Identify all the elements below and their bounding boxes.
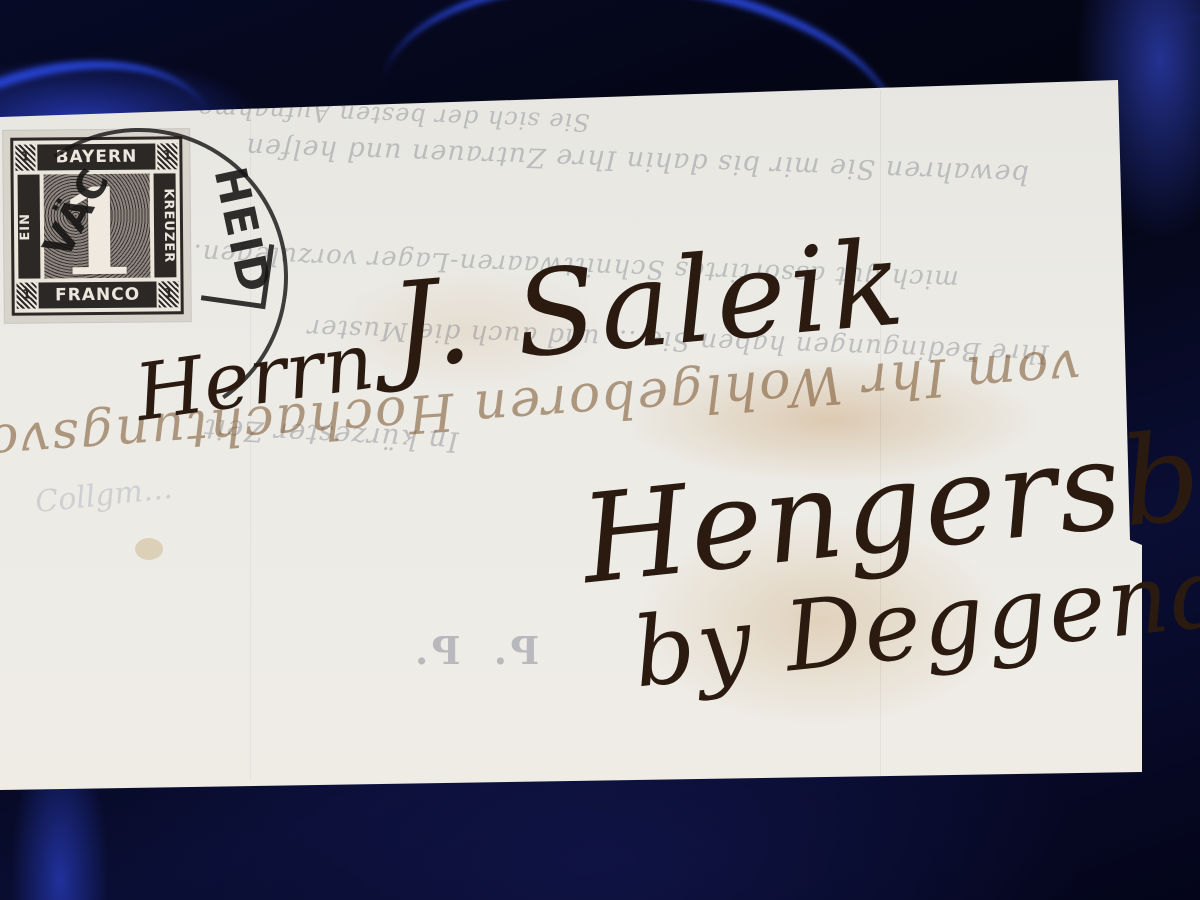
stamp-corner-value: 1 xyxy=(15,145,35,171)
photo-scene: Sie sich der besten Aufnahme bewahren Si… xyxy=(0,0,1200,900)
bleed-through-text: bewahren Sie mir bis dahin Ihre Zutrauen… xyxy=(245,132,1029,190)
paper-stain xyxy=(135,538,163,560)
postmark-cancel-bar xyxy=(201,236,274,309)
pencil-note: Collgm… xyxy=(34,471,175,520)
mirrored-pp-mark: P. P. xyxy=(405,628,539,673)
